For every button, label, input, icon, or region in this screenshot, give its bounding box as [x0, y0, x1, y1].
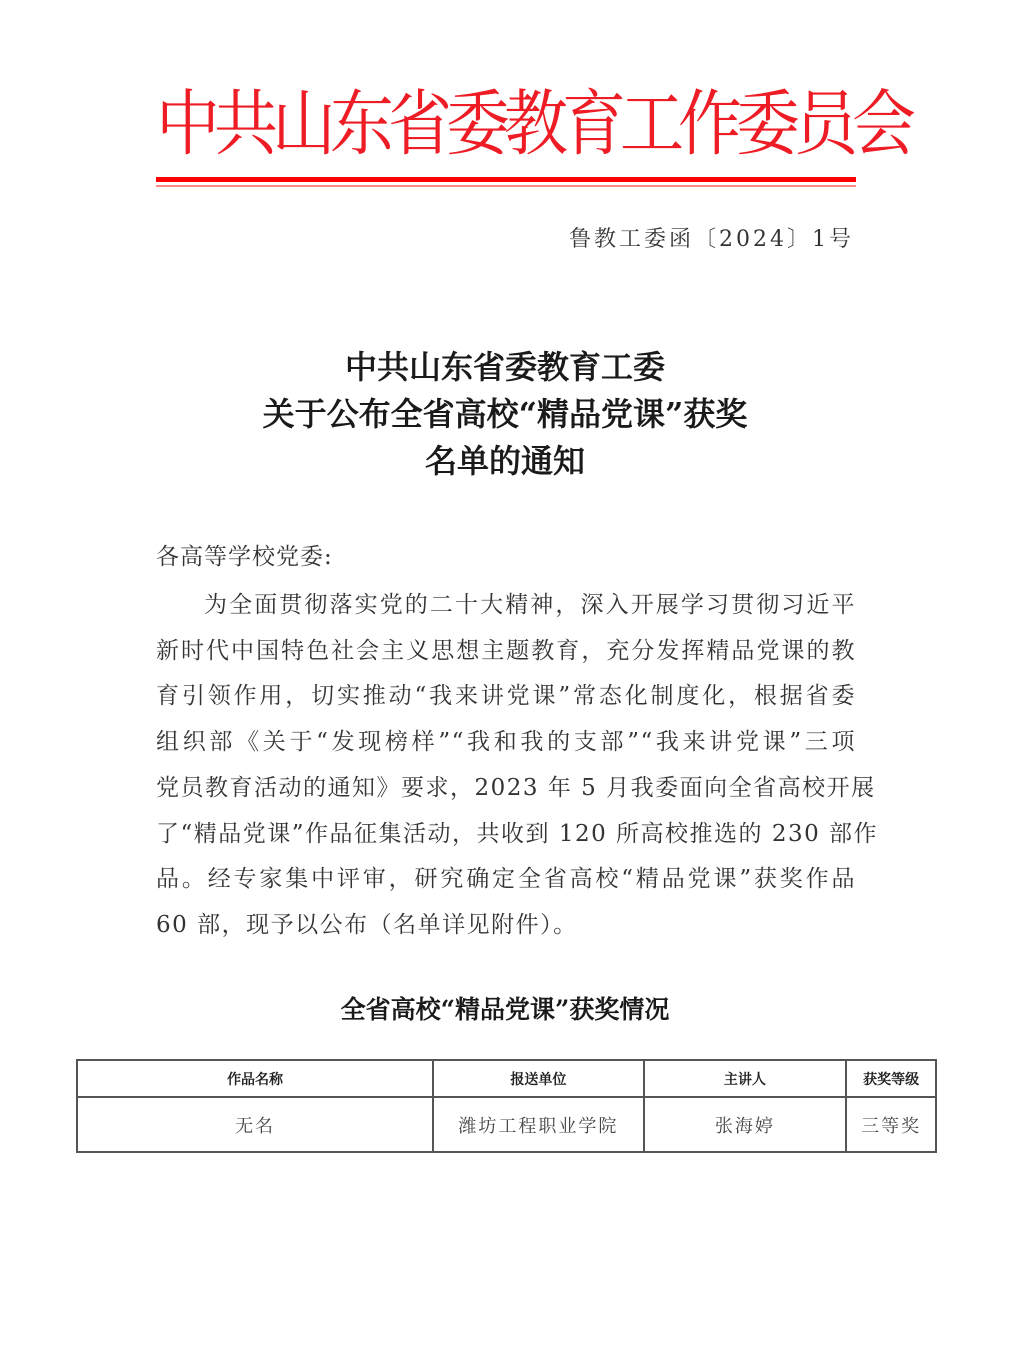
- title-line-2: 关于公布全省高校“精品党课”获奖: [0, 391, 1010, 438]
- letterhead-char: 员: [794, 78, 852, 172]
- cell-work-title: 无名: [77, 1097, 433, 1152]
- letterhead-char: 会: [852, 78, 910, 172]
- title-line-3: 名单的通知: [0, 438, 1010, 485]
- letterhead-char: 省: [388, 78, 446, 172]
- letterhead-char: 山: [272, 78, 330, 172]
- body-line: 60 部，现予以公布（名单详见附件）。: [156, 903, 856, 949]
- body-line: 品。经专家集中评审，研究确定全省高校“精品党课”获奖作品: [156, 857, 856, 903]
- awards-table: 作品名称 报送单位 主讲人 获奖等级 无名 潍坊工程职业学院 张海婷 三等奖: [76, 1059, 937, 1153]
- body-line: 育引领作用，切实推动“我来讲党课”常态化制度化，根据省委: [156, 674, 856, 720]
- title-line-1: 中共山东省委教育工委: [0, 344, 1010, 391]
- letterhead-char: 工: [620, 78, 678, 172]
- header-award-level: 获奖等级: [846, 1060, 936, 1097]
- letterhead-org-name: 中 共 山 东 省 委 教 育 工 作 委 员 会: [156, 78, 856, 172]
- cell-award-level: 三等奖: [846, 1097, 936, 1152]
- letterhead-red-rule-thin: [156, 185, 856, 187]
- letterhead-char: 教: [504, 78, 562, 172]
- document-number: 鲁教工委函〔2024〕1号: [569, 222, 854, 253]
- cell-speaker: 张海婷: [644, 1097, 847, 1152]
- table-row: 无名 潍坊工程职业学院 张海婷 三等奖: [77, 1097, 936, 1152]
- table-header-row: 作品名称 报送单位 主讲人 获奖等级: [77, 1060, 936, 1097]
- document-title: 中共山东省委教育工委 关于公布全省高校“精品党课”获奖 名单的通知: [0, 344, 1010, 485]
- letterhead-char: 育: [562, 78, 620, 172]
- letterhead-char: 共: [214, 78, 272, 172]
- letterhead-red-rule-thick: [156, 177, 856, 182]
- header-submitting-unit: 报送单位: [433, 1060, 644, 1097]
- salutation: 各高等学校党委:: [156, 538, 333, 571]
- cell-submitting-unit: 潍坊工程职业学院: [433, 1097, 644, 1152]
- letterhead-char: 委: [736, 78, 794, 172]
- body-line: 为全面贯彻落实党的二十大精神，深入开展学习贯彻习近平: [156, 583, 856, 629]
- header-speaker: 主讲人: [644, 1060, 847, 1097]
- body-line: 新时代中国特色社会主义思想主题教育，充分发挥精品党课的教: [156, 629, 856, 675]
- body-line: 了“精品党课”作品征集活动，共收到 120 所高校推选的 230 部作: [156, 812, 856, 858]
- letterhead-char: 作: [678, 78, 736, 172]
- letterhead-char: 东: [330, 78, 388, 172]
- body-line: 党员教育活动的通知》要求，2023 年 5 月我委面向全省高校开展: [156, 766, 856, 812]
- body-line: 组织部《关于“发现榜样”“我和我的支部”“我来讲党课”三项: [156, 720, 856, 766]
- awards-section-title: 全省高校“精品党课”获奖情况: [0, 990, 1010, 1026]
- letterhead-char: 中: [156, 78, 214, 172]
- body-paragraph: 为全面贯彻落实党的二十大精神，深入开展学习贯彻习近平 新时代中国特色社会主义思想…: [156, 583, 856, 949]
- header-work-title: 作品名称: [77, 1060, 433, 1097]
- letterhead-char: 委: [446, 78, 504, 172]
